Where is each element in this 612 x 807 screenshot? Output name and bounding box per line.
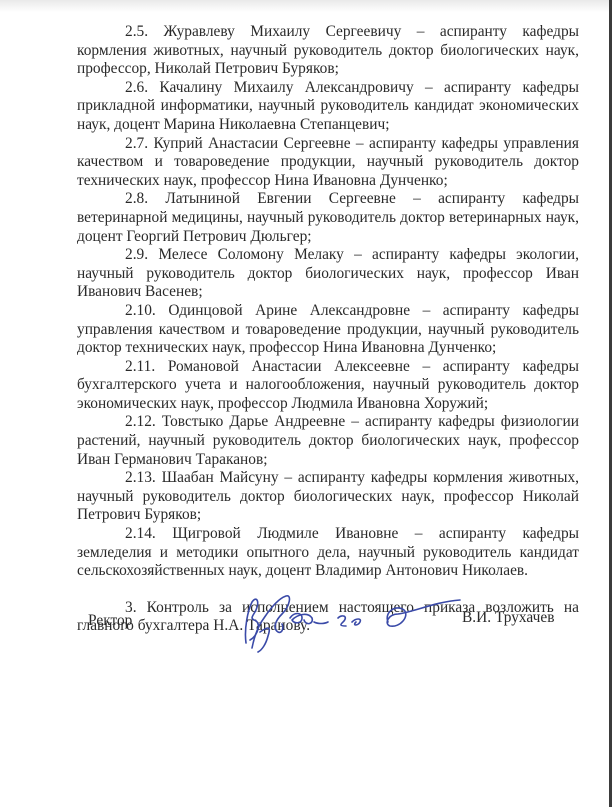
item-number: 2.13. (125, 469, 156, 486)
item-number: 2.6. (125, 79, 148, 96)
list-item-2-7: 2.7. Куприй Анастасии Сергеевне – аспира… (77, 135, 579, 191)
item-number: 2.11. (125, 358, 155, 375)
item-number: 2.14. (125, 525, 156, 542)
item-number: 2.7. (125, 135, 148, 152)
list-item-2-12: 2.12. Товстыко Дарье Андреевне – аспиран… (77, 413, 579, 469)
list-item-2-13: 2.13. Шаабан Майсуну – аспиранту кафедры… (77, 469, 579, 525)
list-item-2-11: 2.11. Романовой Анастасии Алексеевне – а… (77, 358, 579, 414)
signatory-title: Ректор (88, 612, 132, 630)
item-text: Куприй Анастасии Сергеевне – аспиранту к… (77, 135, 579, 189)
item-text: Мелесе Соломону Мелаку – аспиранту кафед… (77, 246, 579, 300)
signatory-name: В.И. Трухачев (462, 609, 554, 627)
signature-block: Ректор В.И. Трухачев (0, 588, 612, 658)
item-number: 2.9. (125, 246, 148, 263)
list-item-2-14: 2.14. Щигровой Людмиле Ивановне – аспира… (77, 525, 579, 581)
item-number: 2.10. (125, 302, 156, 319)
list-item-2-8: 2.8. Латыниной Евгении Сергеевне – аспир… (77, 190, 579, 246)
list-item-2-9: 2.9. Мелесе Соломону Мелаку – аспиранту … (77, 246, 579, 302)
item-number: 2.12. (125, 413, 156, 430)
top-edge-shadow (0, 0, 612, 12)
list-item-2-5: 2.5. Журавлеву Михаилу Сергеевичу – аспи… (77, 23, 579, 79)
item-text: Журавлеву Михаилу Сергеевичу – аспиранту… (77, 23, 579, 77)
list-item-2-6: 2.6. Качалину Михаилу Александровичу – а… (77, 79, 579, 135)
item-number: 2.8. (125, 190, 148, 207)
handwritten-signature-icon (238, 588, 478, 654)
item-text: Латыниной Евгении Сергеевне – аспиранту … (77, 190, 579, 244)
document-page: 2.5. Журавлеву Михаилу Сергеевичу – аспи… (77, 23, 579, 636)
list-item-2-10: 2.10. Одинцовой Арине Александровне – ас… (77, 302, 579, 358)
item-text: Качалину Михаилу Александровичу – аспира… (77, 79, 579, 133)
item-number: 2.5. (125, 23, 148, 40)
